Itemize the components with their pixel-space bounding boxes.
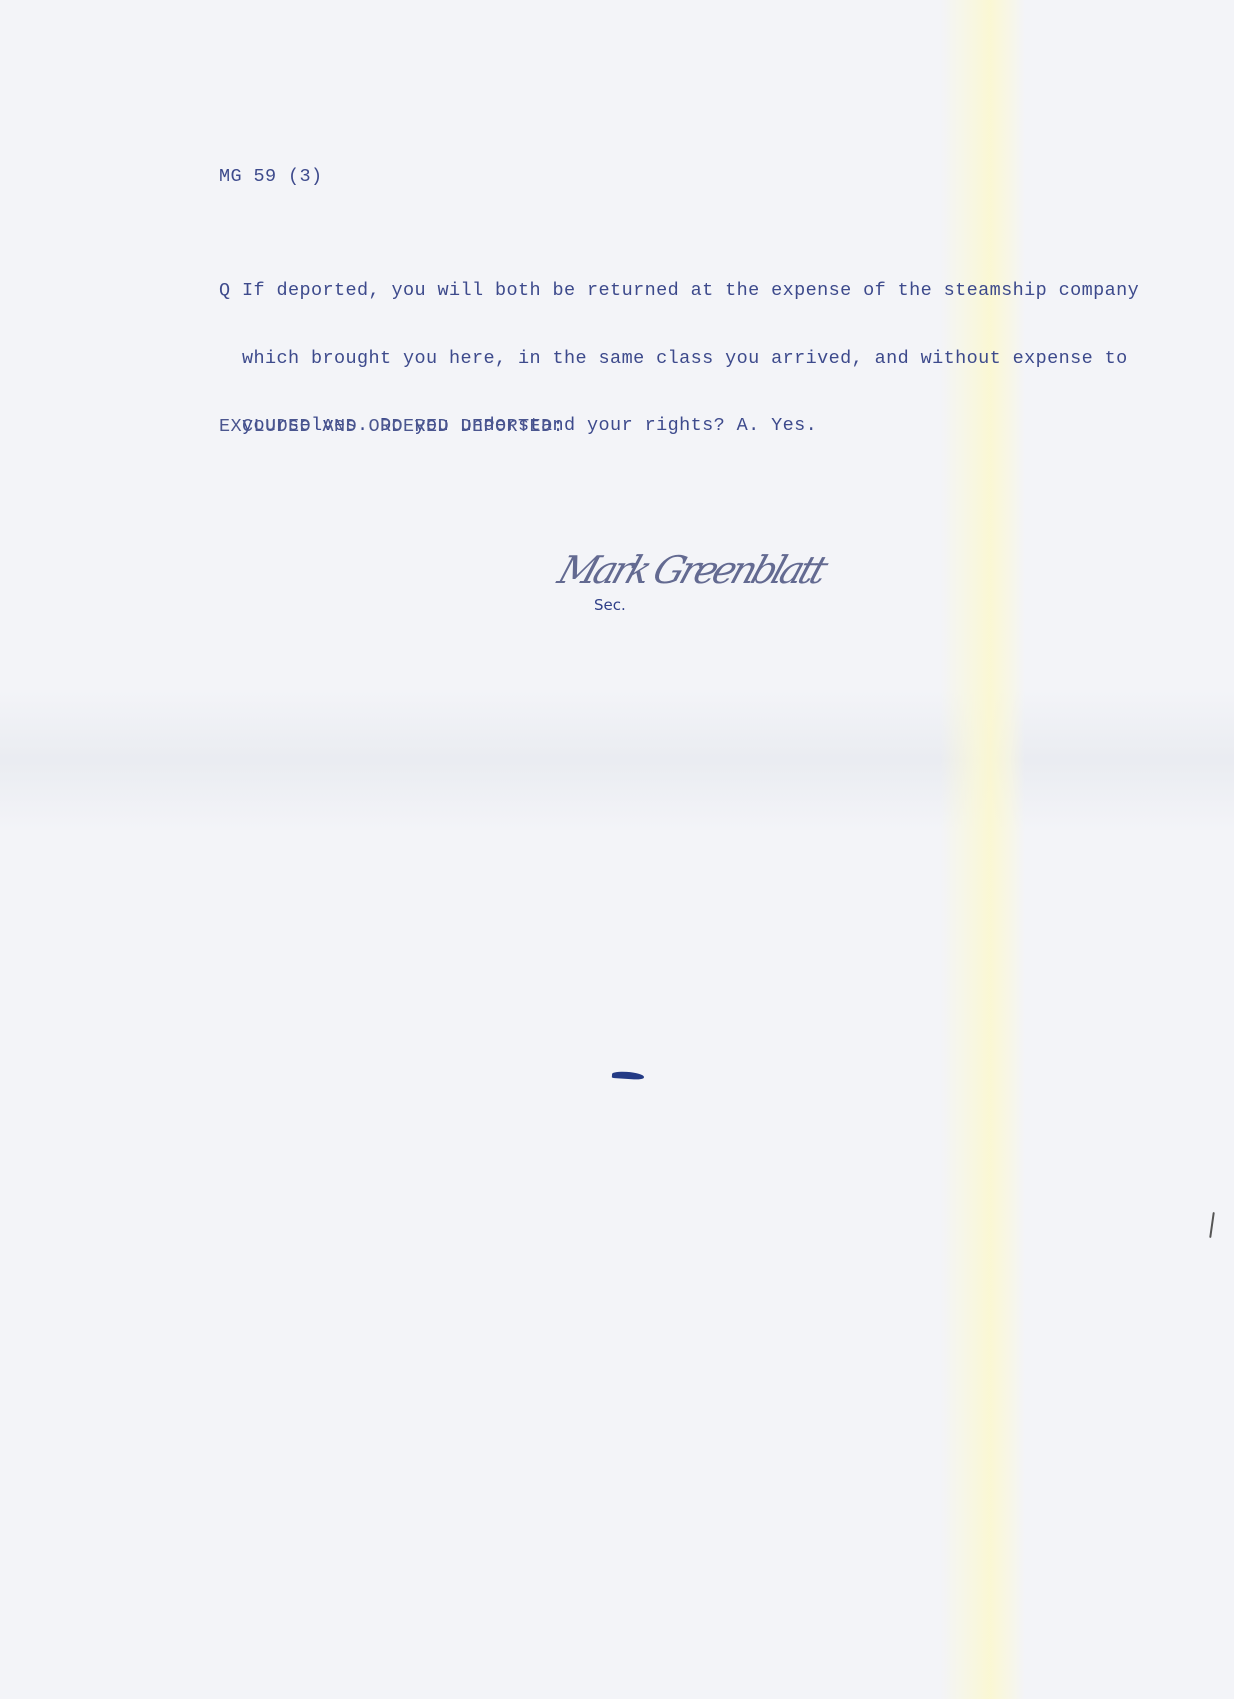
signature-title: Sec. [594, 596, 626, 614]
question-line: which brought you here, in the same clas… [219, 348, 1139, 371]
question-paragraph: Q If deported, you will both be returned… [219, 235, 1139, 483]
question-line: Q If deported, you will both be returned… [219, 280, 1139, 303]
ink-mark [612, 1071, 644, 1080]
paper-page: MG 59 (3) Q If deported, you will both b… [0, 0, 1234, 1699]
signature: Mark Greenblatt [552, 545, 838, 595]
margin-pencil-mark [1209, 1212, 1215, 1238]
document-reference: MG 59 (3) [219, 166, 323, 189]
decision-heading: EXCLUDED AND ORDERED DEPORTED: [219, 416, 564, 439]
